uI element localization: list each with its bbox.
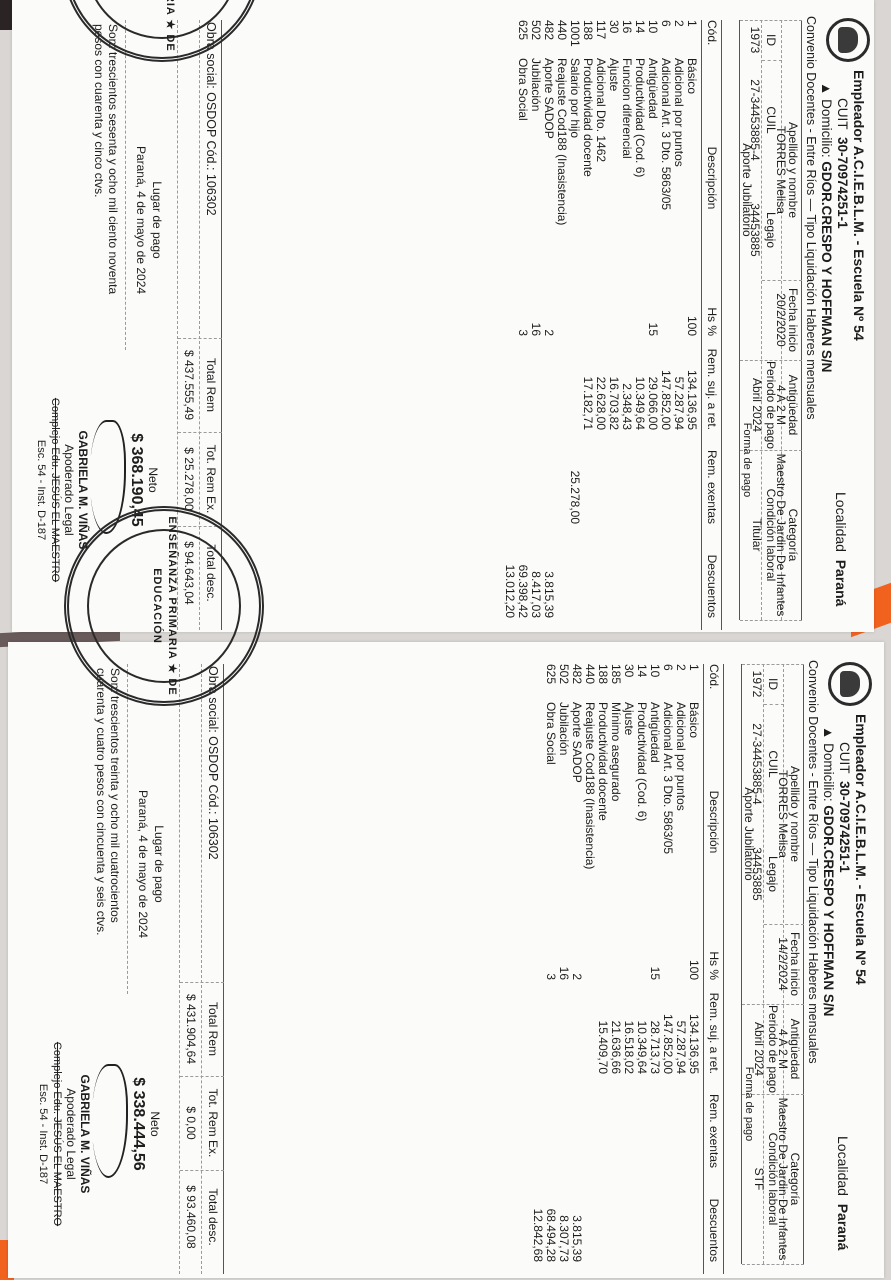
- total-rem: $ 437.555,49: [181, 340, 196, 430]
- table-row: 625Obra Social369.398,42: [516, 20, 529, 630]
- label-lugar-pago: Lugar de pago: [149, 120, 164, 320]
- cell-dto: 12.842,68: [531, 1172, 544, 1262]
- label-condicion: Condición laboral: [765, 1094, 780, 1264]
- col-descripcion: Descripción: [706, 702, 721, 942]
- amount-in-words: Son: trescientos treinta y ocho mil cuat…: [94, 668, 122, 968]
- table-row: 2Adicional por puntos57.287,94: [672, 20, 685, 630]
- cell-hs: 15: [648, 946, 661, 980]
- cell-rem: 16.703,82: [607, 340, 620, 430]
- cell-rem: 22.628,00: [594, 340, 607, 430]
- label-forma-pago: Forma de pago: [739, 360, 754, 560]
- cell-cod: 10: [646, 20, 659, 56]
- cell-desc: Reajuste Cod188 (Inasistencia): [583, 702, 596, 942]
- table-row: 2Adicional por puntos57.287,94: [674, 664, 687, 1274]
- col-cod: Cód.: [704, 20, 719, 56]
- cell-rem: 16.518,02: [622, 984, 635, 1074]
- cell-cod: 482: [570, 664, 583, 700]
- label-aporte-jubilatorio: Aporte Jubilatorio: [741, 704, 756, 964]
- table-row: 440Reajuste Cod188 (Inasistencia): [555, 20, 568, 630]
- table-row: 10Antigüedad1529.066,00: [646, 20, 659, 630]
- cell-desc: Adicional por puntos: [674, 702, 687, 942]
- table-row: 6Adicional Art. 3 Dto. 5863/05147.852,00: [661, 664, 674, 1274]
- label-total-rem-ex: Tot. Rem Ex.: [205, 1078, 220, 1168]
- cell-rem: 134.136,95: [685, 340, 698, 430]
- cell-desc: Básico: [687, 702, 700, 942]
- cell-desc: Funcion diferencial: [620, 58, 633, 298]
- items-header: Cód. Descripción Hs % Rem. suj. a ret. R…: [704, 664, 724, 1274]
- signer-institution: Complejo Edu. JESÚS EL MAESTRO: [48, 380, 62, 600]
- cell-rem: 2.348,43: [620, 340, 633, 430]
- cell-cod: 502: [557, 664, 570, 700]
- cell-rem: 57.287,94: [674, 984, 687, 1074]
- table-row: 14Productividad (Cod. 6)10.349,64: [633, 20, 646, 630]
- cell-hs: 100: [687, 946, 700, 980]
- signer-block: GABRIELA M. VIÑAS Apoderado Legal Comple…: [36, 1024, 92, 1244]
- table-row: 440Reajuste Cod188 (Inasistencia): [583, 664, 596, 1274]
- signer-school: Esc. 54 - Inst. D-187: [36, 1024, 50, 1244]
- cell-cod: 502: [529, 20, 542, 56]
- table-row: 185Mínimo asegurado21.636,66: [609, 664, 622, 1274]
- table-row: 16Funcion diferencial2.348,43: [620, 20, 633, 630]
- label-total-rem: Total Rem: [205, 984, 220, 1074]
- cell-desc: Productividad (Cod. 6): [635, 702, 648, 942]
- cell-desc: Jubilación: [529, 58, 542, 298]
- table-row: 117Adicional Dto. 146222.628,00: [594, 20, 607, 630]
- cell-cod: 625: [544, 664, 557, 700]
- table-row: 1001Salario por hijo25.278,00: [568, 20, 581, 630]
- employee-info-grid: Apellido y nombre Fecha inicio Antigüeda…: [740, 20, 802, 620]
- cell-desc: Antigüedad: [646, 58, 659, 298]
- cell-cod: 14: [635, 664, 648, 700]
- col-rem-suj: Rem. suj. a ret.: [706, 984, 721, 1074]
- school-logo-icon: [828, 662, 872, 706]
- employer-locality: Localidad Paraná: [833, 492, 848, 606]
- cell-desc: Mínimo asegurado: [609, 702, 622, 942]
- employee-info-grid: Apellido y nombre Fecha inicio Antigüeda…: [742, 664, 804, 1264]
- cell-hs: 100: [685, 302, 698, 336]
- table-row: 1Básico100134.136,95: [687, 664, 700, 1274]
- cell-cod: 16: [620, 20, 633, 56]
- cell-dto: 3.815,39: [570, 1172, 583, 1262]
- cell-desc: Productividad (Cod. 6): [633, 58, 646, 298]
- table-row: 482Aporte SADOP23.815,39: [570, 664, 583, 1274]
- col-descuentos: Descuentos: [704, 528, 719, 618]
- cell-desc: Salario por hijo: [568, 58, 581, 298]
- label-aporte-jubilatorio: Aporte Jubilatorio: [739, 60, 754, 320]
- table-row: 1Básico100134.136,95: [685, 20, 698, 630]
- start-date: 20/2/2020: [773, 280, 788, 360]
- label-total-rem-ex: Tot. Rem Ex.: [203, 434, 218, 524]
- employer-locality: Localidad Paraná: [835, 1136, 850, 1250]
- table-row: 10Antigüedad1528.713,73: [648, 664, 661, 1274]
- payslip-header: Empleador A.C.I.E.B.L.M. - Escuela Nº 54…: [722, 12, 872, 632]
- cell-rem: 147.852,00: [659, 340, 672, 430]
- cell-desc: Ajuste: [607, 58, 620, 298]
- table-row: 502Jubilación168.307,73: [557, 664, 570, 1274]
- cell-hs: 16: [557, 946, 570, 980]
- convenio-line: Convenio Docentes - Entre Ríos — Tipo Li…: [803, 16, 818, 420]
- cell-rem: 10.349,64: [635, 984, 648, 1074]
- lugar-pago: Paraná, 4 de mayo de 2024: [133, 120, 148, 320]
- total-desc: $ 93.460,08: [183, 1172, 198, 1262]
- signer-role: Apoderado Legal: [64, 1024, 78, 1244]
- cell-cod: 10: [648, 664, 661, 700]
- cell-desc: Adicional Art. 3 Dto. 5863/05: [661, 702, 674, 942]
- cell-desc: Adicional Art. 3 Dto. 5863/05: [659, 58, 672, 298]
- cell-desc: Antigüedad: [648, 702, 661, 942]
- cell-hs: 2: [542, 302, 555, 336]
- cell-cod: 6: [659, 20, 672, 56]
- label-cuil: CUIL: [763, 60, 778, 180]
- table-row: 502Jubilación168.417,03: [529, 20, 542, 630]
- signer-institution: Complejo Edu. JESÚS EL MAESTRO: [50, 1024, 64, 1244]
- amount-in-words: Son: trescientos sesenta y ocho mil cien…: [92, 24, 120, 324]
- col-rem-exentas: Rem. exentas: [704, 434, 719, 524]
- cell-cod: 30: [622, 664, 635, 700]
- table-row: 6Adicional Art. 3 Dto. 5863/05147.852,00: [659, 20, 672, 630]
- cell-ex: 25.278,00: [568, 434, 581, 524]
- cell-cod: 185: [609, 664, 622, 700]
- label-periodo: Periodo de pago: [763, 360, 778, 450]
- table-row: 188Productividad docente15.409,70: [596, 664, 609, 1274]
- table-row: 30Ajuste16.518,02: [622, 664, 635, 1274]
- signature: [92, 1064, 128, 1178]
- institution-stamp: ENSEÑANZA PRIMARIA ★ DE EDUCACIÓN: [64, 506, 264, 706]
- table-row: 13.012,20: [503, 20, 516, 630]
- cell-desc: Adicional Dto. 1462: [594, 58, 607, 298]
- label-total-rem: Total Rem: [203, 340, 218, 430]
- total-rem: $ 431.904,64: [183, 984, 198, 1074]
- cell-cod: 188: [596, 664, 609, 700]
- start-date: 14/2/2024: [775, 924, 790, 1004]
- cell-rem: 134.136,95: [687, 984, 700, 1074]
- payslip-footer: Obra social: OSDOP Cód.: 106302 Total Re…: [24, 664, 224, 1274]
- employer-name: Empleador A.C.I.E.B.L.M. - Escuela Nº 54: [853, 714, 868, 985]
- table-row: 482Aporte SADOP23.815,39: [542, 20, 555, 630]
- signer-name: GABRIELA M. VIÑAS: [78, 1024, 92, 1244]
- employer-cuit: CUIT 30-70974251-1: [837, 742, 852, 873]
- cell-dto: 13.012,20: [503, 528, 516, 618]
- cell-cod: 6: [661, 664, 674, 700]
- employee-id: 1973: [747, 20, 762, 60]
- cell-rem: 147.852,00: [661, 984, 674, 1074]
- cell-desc: Básico: [685, 58, 698, 298]
- label-id: ID: [763, 20, 778, 60]
- payslip: Empleador A.C.I.E.B.L.M. - Escuela Nº 54…: [14, 656, 874, 1276]
- cell-cod: 1: [685, 20, 698, 56]
- cell-rem: 15.409,70: [596, 984, 609, 1074]
- cell-desc: Productividad docente: [581, 58, 594, 298]
- col-descuentos: Descuentos: [706, 1172, 721, 1262]
- col-rem-exentas: Rem. exentas: [706, 1078, 721, 1168]
- label-neto: Neto: [147, 1004, 162, 1244]
- col-hs: Hs %: [706, 946, 721, 980]
- cell-rem: 28.713,73: [648, 984, 661, 1074]
- label-forma-pago: Forma de pago: [741, 1004, 756, 1204]
- table-row: 188Productividad docente17.182,71: [581, 20, 594, 630]
- items-header: Cód. Descripción Hs % Rem. suj. a ret. R…: [702, 20, 722, 630]
- table-row: 14Productividad (Cod. 6)10.349,64: [635, 664, 648, 1274]
- cell-hs: 16: [529, 302, 542, 336]
- cell-desc: Aporte SADOP: [542, 58, 555, 298]
- payslip-sheet-2: Empleador A.C.I.E.B.L.M. - Escuela Nº 54…: [8, 642, 884, 1278]
- school-logo-icon: [826, 18, 870, 62]
- cell-cod: 625: [516, 20, 529, 56]
- cell-desc: Jubilación: [557, 702, 570, 942]
- col-rem-suj: Rem. suj. a ret.: [704, 340, 719, 430]
- table-row: 30Ajuste16.703,82: [607, 20, 620, 630]
- employer-cuit: CUIT 30-70974251-1: [835, 98, 850, 229]
- cell-cod: 117: [594, 20, 607, 56]
- cell-cod: 2: [672, 20, 685, 56]
- signer-school: Esc. 54 - Inst. D-187: [34, 380, 48, 600]
- convenio-line: Convenio Docentes - Entre Ríos — Tipo Li…: [805, 660, 820, 1064]
- total-rem-ex: $ 0,00: [183, 1078, 198, 1168]
- cell-cod: 1001: [568, 20, 581, 56]
- cell-cod: 188: [581, 20, 594, 56]
- cell-desc: Productividad docente: [596, 702, 609, 942]
- cell-rem: 29.066,00: [646, 340, 659, 430]
- cell-cod: 2: [674, 664, 687, 700]
- cell-hs: 2: [570, 946, 583, 980]
- col-cod: Cód.: [706, 664, 721, 700]
- cell-desc: Reajuste Cod188 (Inasistencia): [555, 58, 568, 298]
- cell-dto: 8.417,03: [529, 528, 542, 618]
- cell-desc: Aporte SADOP: [570, 702, 583, 942]
- cell-cod: 30: [607, 20, 620, 56]
- cell-cod: 1: [687, 664, 700, 700]
- employee-id: 1972: [749, 664, 764, 704]
- label-lugar-pago: Lugar de pago: [151, 764, 166, 964]
- cell-rem: 21.636,66: [609, 984, 622, 1074]
- label-condicion: Condición laboral: [763, 450, 778, 620]
- neto-amount: $ 338.444,56: [131, 1004, 146, 1244]
- cell-dto: 68.494,28: [544, 1172, 557, 1262]
- label-legajo: Legajo: [765, 824, 780, 924]
- cell-dto: 3.815,39: [542, 528, 555, 618]
- label-id: ID: [765, 664, 780, 704]
- cell-cod: 14: [633, 20, 646, 56]
- cell-desc: Ajuste: [622, 702, 635, 942]
- cell-rem: 17.182,71: [581, 340, 594, 430]
- employer-name: Empleador A.C.I.E.B.L.M. - Escuela Nº 54: [851, 70, 866, 341]
- col-descripcion: Descripción: [704, 58, 719, 298]
- cell-dto: 69.398,42: [516, 528, 529, 618]
- employer-address: ▲ Domicilio: GDOR.CRESPO Y HOFFMAN S/N: [819, 82, 834, 372]
- cell-hs: 3: [544, 946, 557, 980]
- cell-hs: 3: [516, 302, 529, 336]
- employer-address: ▲ Domicilio: GDOR.CRESPO Y HOFFMAN S/N: [821, 726, 836, 1016]
- col-hs: Hs %: [704, 302, 719, 336]
- label-periodo: Periodo de pago: [765, 1004, 780, 1094]
- label-total-desc: Total desc.: [205, 1172, 220, 1262]
- label-legajo: Legajo: [763, 180, 778, 280]
- cell-rem: 10.349,64: [633, 340, 646, 430]
- cell-cod: 482: [542, 20, 555, 56]
- table-row: 625Obra Social368.494,28: [544, 664, 557, 1274]
- lugar-pago: Paraná, 4 de mayo de 2024: [135, 764, 150, 964]
- payslip-header: Empleador A.C.I.E.B.L.M. - Escuela Nº 54…: [724, 656, 874, 1276]
- table-row: 12.842,68: [531, 664, 544, 1274]
- cell-dto: 8.307,73: [557, 1172, 570, 1262]
- cell-cod: 440: [583, 664, 596, 700]
- cell-desc: Obra Social: [516, 58, 529, 298]
- cell-hs: 15: [646, 302, 659, 336]
- cell-desc: Obra Social: [544, 702, 557, 942]
- label-cuil: CUIL: [765, 704, 780, 824]
- cell-desc: Adicional por puntos: [672, 58, 685, 298]
- cell-cod: 440: [555, 20, 568, 56]
- cell-rem: 57.287,94: [672, 340, 685, 430]
